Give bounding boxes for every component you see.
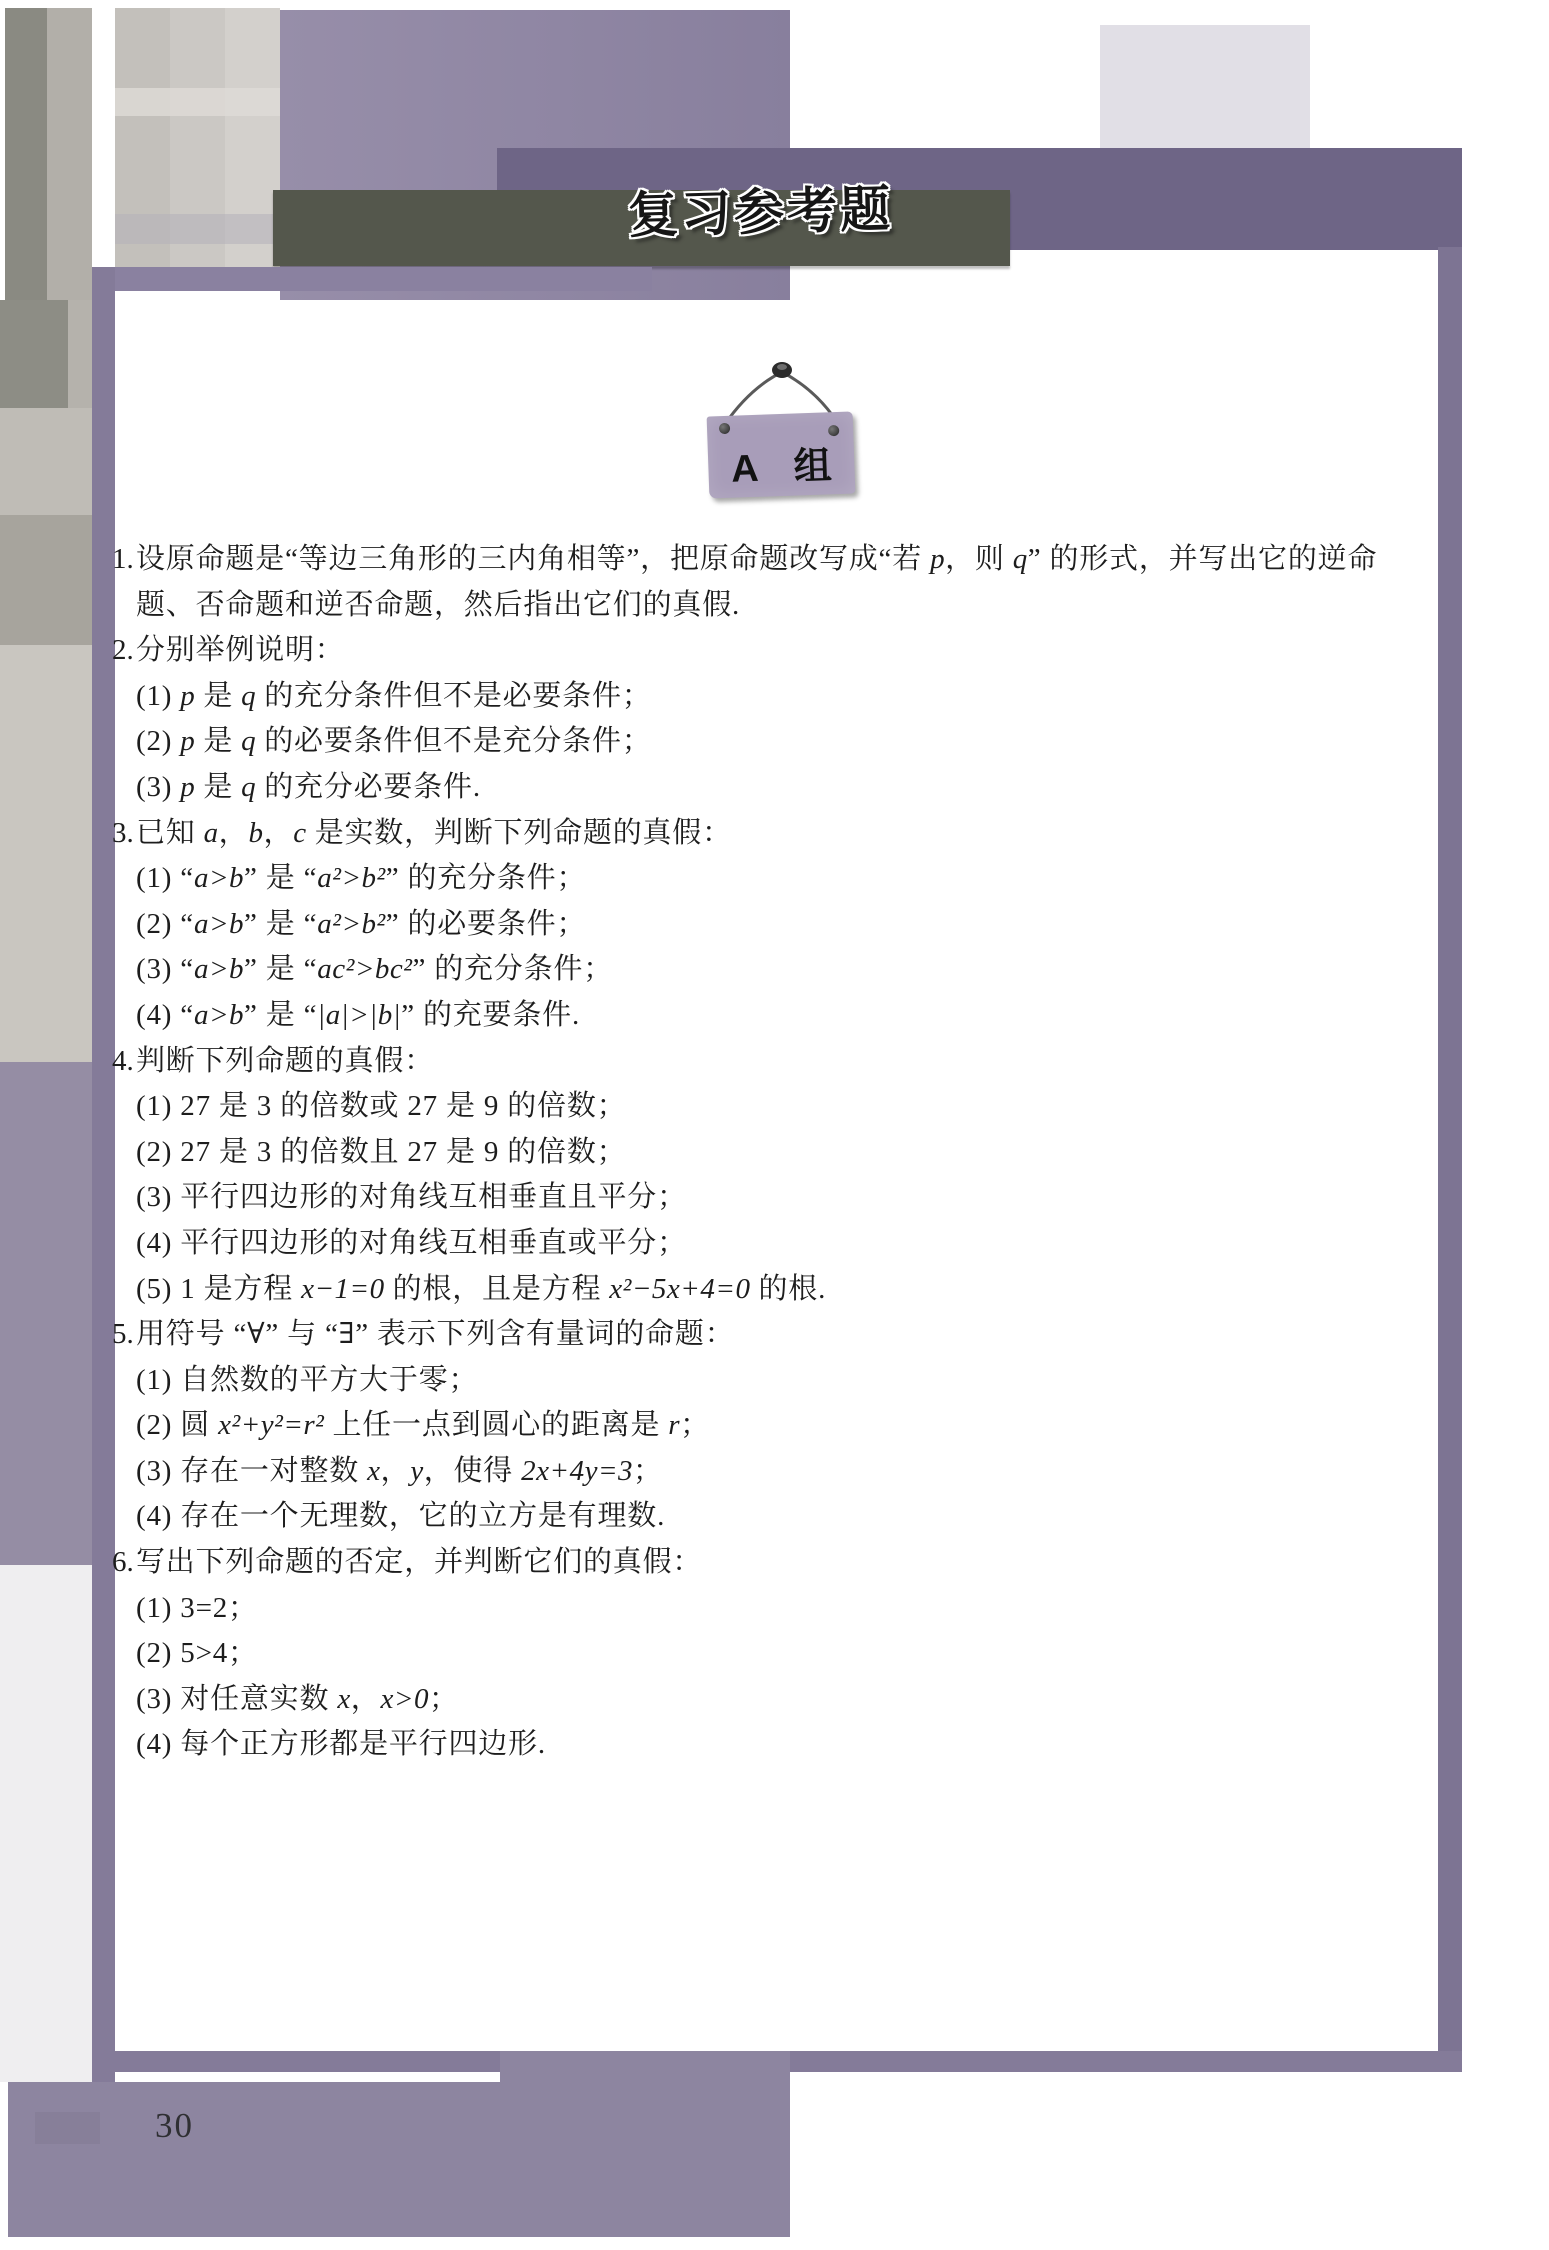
deco-band	[115, 88, 280, 116]
math-text: ac²>bc²	[317, 953, 412, 985]
problem-number: 6.	[112, 1540, 134, 1586]
deco-gray-strip	[47, 8, 92, 300]
scanned-textbook-page: { "header": { "title": "复习参考题", "group_l…	[0, 0, 1549, 2250]
problem-line: 5.用符号 “∀” 与 “∃” 表示下列含有量词的命题：	[116, 1312, 1406, 1358]
math-text: x	[367, 1455, 380, 1487]
math-text: q	[1013, 543, 1028, 575]
problem-line: (3) 平行四边形的对角线互相垂直且平分；	[116, 1175, 1406, 1221]
problem-line: (5) 1 是方程 x−1=0 的根，且是方程 x²−5x+4=0 的根.	[116, 1267, 1406, 1313]
problem-line: (2) 圆 x²+y²=r² 上任一点到圆心的距离是 r；	[116, 1403, 1406, 1449]
math-text: q	[241, 771, 256, 803]
problem-text: (4) 每个正方形都是平行四边形.	[136, 1728, 546, 1760]
problem-line: 6.写出下列命题的否定，并判断它们的真假：	[116, 1540, 1406, 1586]
problem-text: ；	[429, 1683, 459, 1715]
problem-text: (2) 5>4；	[136, 1637, 258, 1669]
math-text: a>b	[194, 862, 244, 894]
problem-line: (1) “a>b” 是 “a²>b²” 的充分条件；	[116, 856, 1406, 902]
math-text: a>b	[194, 953, 244, 985]
math-text: p	[180, 725, 195, 757]
problem-line: (3) “a>b” 是 “ac²>bc²” 的充分条件；	[116, 947, 1406, 993]
math-text: a	[204, 817, 219, 849]
problem-line: (4) 每个正方形都是平行四边形.	[116, 1722, 1406, 1768]
problem-number: 4.	[112, 1039, 134, 1085]
problem-text: 设原命题是“等边三角形的三内角相等”，把原命题改写成“若	[136, 543, 930, 575]
deco-band	[115, 214, 280, 244]
problem-text: (1) 3=2；	[136, 1592, 258, 1624]
problem-text: ” 是 “	[244, 862, 317, 894]
problem-text: 用符号 “∀” 与 “∃” 表示下列含有量词的命题：	[136, 1318, 735, 1350]
problem-text: 已知	[136, 817, 204, 849]
problem-line: 2.分别举例说明：	[116, 628, 1406, 674]
problem-text: ，	[219, 817, 249, 849]
problem-text: ” 的充分条件；	[412, 953, 613, 985]
footer-decoration	[8, 2082, 790, 2237]
problem-text: (4) 存在一个无理数，它的立方是有理数.	[136, 1500, 665, 1532]
math-text: a>b	[194, 999, 244, 1031]
page-title: 复习参考题	[627, 168, 909, 247]
deco-left-block	[0, 408, 92, 515]
problem-text: 分别举例说明：	[136, 634, 345, 666]
problem-text: 的根，且是方程	[385, 1273, 610, 1305]
problem-text: ” 的必要条件；	[386, 908, 587, 940]
math-text: a>b	[194, 908, 244, 940]
problem-text: (3) 对任意实数	[136, 1683, 337, 1715]
problem-line: (2) 27 是 3 的倍数且 27 是 9 的倍数；	[116, 1130, 1406, 1176]
problem-line: (4) “a>b” 是 “|a|>|b|” 的充要条件.	[116, 993, 1406, 1039]
problem-number: 5.	[112, 1312, 134, 1358]
problem-line: 3.已知 a，b，c 是实数，判断下列命题的真假：	[116, 811, 1406, 857]
problem-line: (2) “a>b” 是 “a²>b²” 的必要条件；	[116, 902, 1406, 948]
math-text: x²+y²=r²	[218, 1409, 324, 1441]
page-number: 30	[155, 2106, 194, 2146]
problem-text: 是实数，判断下列命题的真假：	[307, 817, 732, 849]
math-text: p	[180, 771, 195, 803]
problem-text: ” 是 “	[244, 999, 317, 1031]
problem-list: 1.设原命题是“等边三角形的三内角相等”，把原命题改写成“若 p，则 q” 的形…	[116, 537, 1406, 1768]
math-text: 2x+4y=3	[521, 1455, 633, 1487]
problem-text: 是	[195, 680, 241, 712]
group-sign-board: A 组	[707, 411, 856, 498]
math-text: r	[668, 1409, 680, 1441]
problem-text: (2)	[136, 725, 180, 757]
problem-text: ” 是 “	[244, 953, 317, 985]
problem-text: ” 的充要条件.	[401, 999, 580, 1031]
problem-text: (3)	[136, 771, 180, 803]
deco-left-block	[0, 645, 92, 1062]
group-sign: A 组	[700, 358, 870, 503]
problem-line: 4.判断下列命题的真假：	[116, 1039, 1406, 1085]
problem-text: (1) 自然数的平方大于零；	[136, 1364, 478, 1396]
deco-left-block	[0, 1062, 92, 1565]
problem-text: ；	[633, 1455, 663, 1487]
problem-text: 的充分条件但不是必要条件；	[256, 680, 651, 712]
group-label: A 组	[707, 433, 855, 493]
problem-line: (4) 平行四边形的对角线互相垂直或平分；	[116, 1221, 1406, 1267]
problem-line: (1) 自然数的平方大于零；	[116, 1358, 1406, 1404]
problem-text: 是	[195, 725, 241, 757]
math-text: x	[337, 1683, 350, 1715]
problem-line: (4) 存在一个无理数，它的立方是有理数.	[116, 1494, 1406, 1540]
problem-text: 上任一点到圆心的距离是	[324, 1409, 668, 1441]
problem-line: (2) p 是 q 的必要条件但不是充分条件；	[116, 719, 1406, 765]
problem-line: (3) p 是 q 的充分必要条件.	[116, 765, 1406, 811]
problem-text: ，使得	[424, 1455, 521, 1487]
math-text: |a|>|b|	[317, 999, 401, 1031]
deco-faint-block	[1100, 25, 1310, 150]
problem-text: 的必要条件但不是充分条件；	[256, 725, 651, 757]
problem-text: ，	[381, 1455, 411, 1487]
problem-text: 的充分必要条件.	[256, 771, 481, 803]
problem-text: 题、否命题和逆否命题，然后指出它们的真假.	[136, 589, 740, 621]
problem-number: 1.	[112, 537, 134, 583]
problem-text: ；	[680, 1409, 710, 1441]
problem-text: 是	[195, 771, 241, 803]
problem-text: ，	[263, 817, 293, 849]
frame-top	[92, 267, 652, 291]
problem-number: 2.	[112, 628, 134, 674]
deco-left-block	[0, 1565, 92, 2082]
problem-line: (1) 3=2；	[116, 1586, 1406, 1632]
math-text: q	[241, 725, 256, 757]
problem-line: (2) 5>4；	[116, 1631, 1406, 1677]
problem-text: ” 的充分条件；	[386, 862, 587, 894]
math-text: x−1=0	[301, 1273, 385, 1305]
deco-left-block	[68, 300, 92, 408]
problem-text: (2) “	[136, 908, 194, 940]
problem-text: (1)	[136, 680, 180, 712]
problem-line: 题、否命题和逆否命题，然后指出它们的真假.	[116, 583, 1406, 629]
problem-text: 的根.	[750, 1273, 826, 1305]
math-text: c	[293, 817, 306, 849]
footer-decoration	[35, 2112, 100, 2144]
math-text: a²>b²	[317, 908, 385, 940]
deco-left-block	[0, 515, 92, 645]
frame-right	[1438, 247, 1462, 2072]
problem-number: 3.	[112, 811, 134, 857]
math-text: x²−5x+4=0	[609, 1273, 750, 1305]
math-text: p	[930, 543, 945, 575]
math-text: q	[241, 680, 256, 712]
problem-text: ，	[351, 1683, 381, 1715]
math-text: y	[410, 1455, 423, 1487]
problem-text: (3) 存在一对整数	[136, 1455, 367, 1487]
math-text: x>0	[381, 1683, 429, 1715]
problem-line: (1) p 是 q 的充分条件但不是必要条件；	[116, 674, 1406, 720]
problem-text: (2) 27 是 3 的倍数且 27 是 9 的倍数；	[136, 1136, 626, 1168]
deco-left-block	[0, 300, 68, 408]
problem-text: (5) 1 是方程	[136, 1273, 301, 1305]
problem-text: ” 的形式，并写出它的逆命	[1028, 543, 1378, 575]
problem-line: (3) 存在一对整数 x，y，使得 2x+4y=3；	[116, 1449, 1406, 1495]
pin-icon	[719, 423, 730, 434]
problem-text: 写出下列命题的否定，并判断它们的真假：	[136, 1546, 702, 1578]
problem-text: ” 是 “	[244, 908, 317, 940]
problem-text: (4) 平行四边形的对角线互相垂直或平分；	[136, 1227, 687, 1259]
problem-text: (4) “	[136, 999, 194, 1031]
problem-line: (3) 对任意实数 x，x>0；	[116, 1677, 1406, 1723]
problem-text: (3) 平行四边形的对角线互相垂直且平分；	[136, 1181, 687, 1213]
math-text: a²>b²	[317, 862, 385, 894]
problem-text: (3) “	[136, 953, 194, 985]
problem-text: ，则	[945, 543, 1013, 575]
problem-text: 判断下列命题的真假：	[136, 1045, 434, 1077]
problem-text: (1) 27 是 3 的倍数或 27 是 9 的倍数；	[136, 1090, 626, 1122]
problem-text: (2) 圆	[136, 1409, 218, 1441]
math-text: b	[248, 817, 263, 849]
deco-gray-strip	[5, 8, 47, 300]
math-text: p	[180, 680, 195, 712]
problem-line: (1) 27 是 3 的倍数或 27 是 9 的倍数；	[116, 1084, 1406, 1130]
problem-text: (1) “	[136, 862, 194, 894]
problem-line: 1.设原命题是“等边三角形的三内角相等”，把原命题改写成“若 p，则 q” 的形…	[116, 537, 1406, 583]
